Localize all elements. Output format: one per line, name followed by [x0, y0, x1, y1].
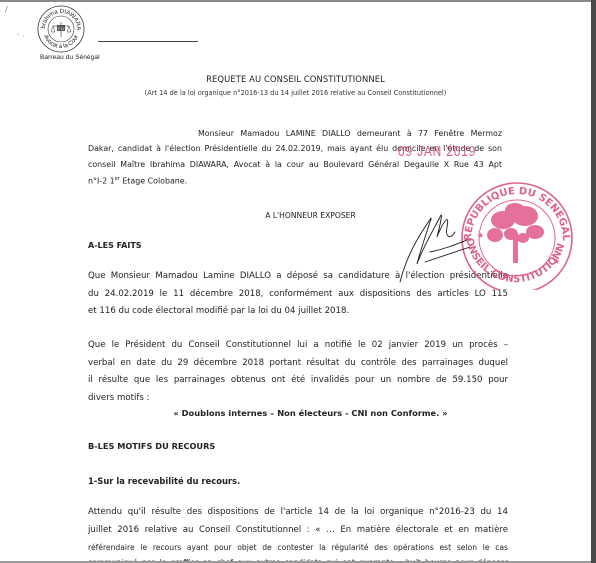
viewer-scrollbar[interactable]	[591, 0, 596, 563]
bar-association-label: Barreau du Sénégal	[40, 54, 100, 61]
subsection-1-heading: 1-Sur la recevabilité du recours.	[88, 476, 240, 486]
svg-text:★: ★	[553, 257, 560, 266]
scan-artifact: ‘ ·	[17, 32, 25, 41]
attendu-paragraph: Attendu qu'il résulte des dispositions d…	[88, 504, 508, 561]
document-page: / ‘ · Ibrahima DIAWARA Avocat à la Cour …	[0, 2, 591, 561]
scan-artifact: /	[5, 5, 8, 14]
law-firm-logo-icon: Ibrahima DIAWARA Avocat à la Cour F-D	[36, 4, 86, 54]
faits-paragraph-2: Que le Président du Conseil Constitution…	[88, 337, 508, 407]
motifs-quote: « Doublons internes – Non électeurs - CN…	[0, 408, 591, 418]
section-a-heading: A-LES FAITS	[88, 241, 142, 250]
svg-text:F-D: F-D	[58, 27, 64, 31]
handwritten-signature-icon	[395, 202, 475, 287]
document-title: REQUETE AU CONSEIL CONSTITUTIONNEL	[0, 74, 591, 84]
document-subtitle: (Art 14 de la loi organique n°2016-13 du…	[0, 89, 591, 97]
date-received-stamp: 09 JAN 2019	[398, 143, 476, 160]
svg-text:★: ★	[477, 231, 484, 240]
section-b-heading: B-LES MOTIFS DU RECOURS	[88, 441, 215, 451]
header-divider	[98, 41, 198, 42]
